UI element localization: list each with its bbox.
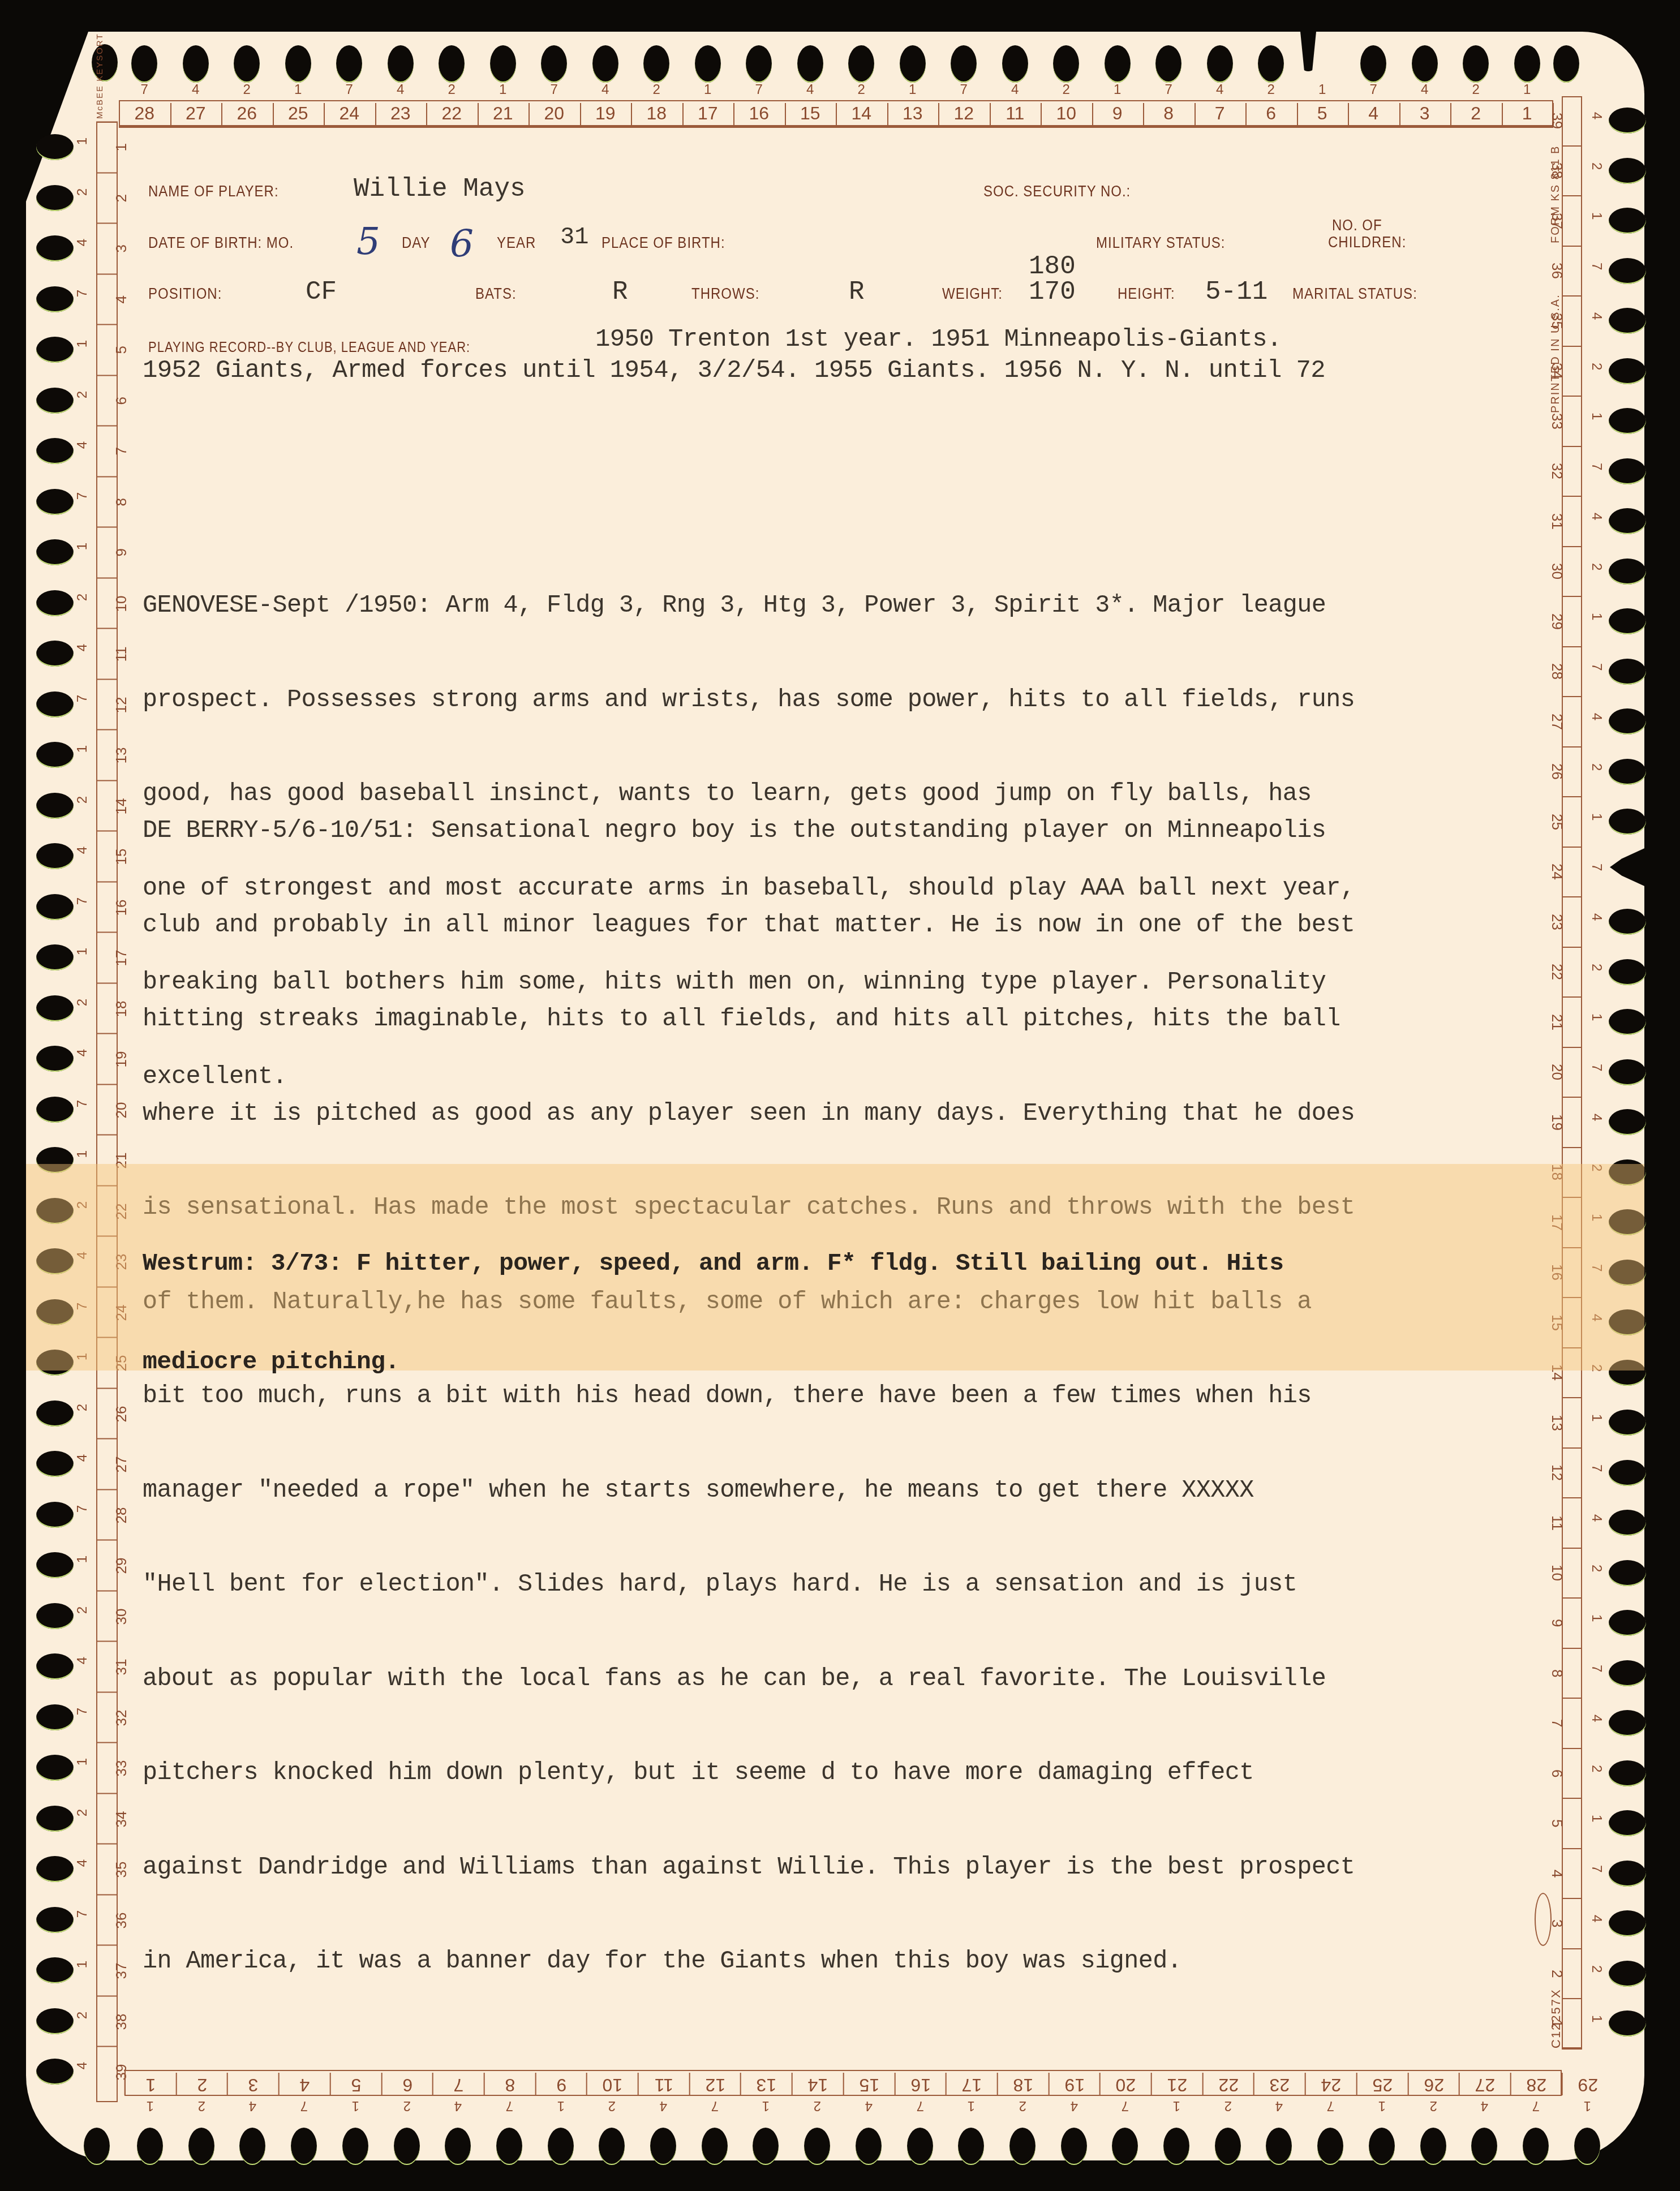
left-digit: 2	[75, 594, 92, 601]
hole-icon	[36, 388, 74, 414]
right-column-number: 25	[1562, 797, 1582, 848]
bottom-digit: 4	[1253, 2098, 1305, 2113]
left-digit: 2	[75, 188, 92, 196]
hole-icon	[36, 590, 74, 616]
top-column-number: 6	[1245, 103, 1298, 126]
bottom-digit: 1	[330, 2098, 381, 2113]
bottom-column-number: 3	[227, 2073, 278, 2095]
right-digit: 4	[1587, 513, 1604, 520]
report-line: against Dandridge and Williams than agai…	[143, 1852, 1355, 1884]
left-digit: 4	[75, 1859, 92, 1867]
left-digit: 7	[75, 1708, 92, 1715]
bottom-column-number: 25	[1356, 2073, 1408, 2095]
report-line: hitting streaks imaginable, hits to all …	[143, 1004, 1355, 1036]
hole-icon	[1412, 45, 1438, 83]
report-line: mediocre pitching.	[143, 1346, 1283, 1378]
left-column-number: 2	[96, 173, 118, 224]
hole-icon	[1609, 1910, 1646, 1936]
hole-icon	[36, 742, 74, 768]
left-digit: 4	[75, 1657, 92, 1664]
right-digit: 1	[1587, 1013, 1604, 1021]
playing-record-line-1: 1950 Trenton 1st year. 1951 Minneapolis-…	[595, 325, 1282, 354]
right-digit: 1	[1587, 813, 1604, 820]
hole-icon	[951, 45, 977, 83]
throws-label: THROWS:	[691, 285, 759, 303]
left-column-number: 20	[96, 1084, 118, 1135]
top-column-number: 4	[1348, 103, 1400, 126]
right-digit: 4	[1587, 312, 1604, 320]
right-digit: 4	[1587, 1915, 1604, 1922]
hole-icon	[1420, 2128, 1446, 2165]
hole-icon	[1609, 1410, 1646, 1436]
right-digit: 4	[1587, 1514, 1604, 1522]
top-digit: 7	[1348, 82, 1399, 98]
hole-icon	[1609, 608, 1646, 634]
hole-icon	[36, 894, 74, 920]
hole-icon	[36, 944, 74, 970]
hole-icon	[1609, 759, 1646, 785]
hole-icon	[1609, 809, 1646, 835]
top-column-number: 16	[733, 103, 786, 126]
hole-icon	[958, 2128, 984, 2165]
hole-icon	[643, 45, 669, 83]
bottom-digit: 7	[689, 2098, 741, 2113]
hole-icon	[1112, 2128, 1138, 2165]
bottom-column-number: 8	[484, 2073, 535, 2095]
top-digit: 7	[324, 82, 375, 98]
hole-icon	[131, 45, 157, 83]
hole-icon	[1609, 358, 1646, 384]
right-column-number: 2	[1562, 1949, 1582, 2000]
hole-icon	[1061, 2128, 1087, 2165]
left-digit: 2	[75, 1809, 92, 1816]
left-column-number: 30	[96, 1591, 118, 1642]
hole-icon	[36, 1097, 74, 1123]
bottom-column-number: 24	[1305, 2073, 1356, 2095]
right-digit: 1	[1587, 1414, 1604, 1421]
left-column-number: 8	[96, 476, 118, 527]
position-label: POSITION:	[148, 285, 222, 303]
top-column-number: 23	[375, 103, 428, 126]
left-column-number: 11	[96, 628, 118, 679]
bottom-column-number: 14	[792, 2073, 843, 2095]
year-label: YEAR	[497, 234, 536, 252]
left-digit: 7	[75, 290, 92, 297]
left-digit: 1	[75, 340, 92, 347]
right-column-number: 38	[1562, 147, 1582, 197]
left-digit: 2	[75, 999, 92, 1006]
top-strip-bottom-rule	[119, 126, 1553, 128]
hole-icon	[1163, 2128, 1189, 2165]
right-column-number: 26	[1562, 747, 1582, 798]
bottom-digit: 2	[176, 2098, 227, 2113]
hole-icon	[36, 235, 74, 261]
hole-icon	[541, 45, 567, 83]
hole-icon	[36, 1755, 74, 1781]
top-column-number: 17	[682, 103, 735, 126]
left-digit: 1	[75, 138, 92, 145]
right-column-number: 32	[1562, 447, 1582, 497]
children-label-1: NO. OF	[1332, 217, 1382, 235]
hole-icon	[1360, 45, 1386, 83]
top-digit: 7	[529, 82, 580, 98]
right-column-number: 21	[1562, 998, 1582, 1048]
maker-badge: McBEE KEYSORT	[95, 33, 105, 119]
hole-icon	[1609, 1861, 1646, 1887]
left-column-number: 15	[96, 831, 118, 882]
hole-icon	[36, 691, 74, 718]
report-line: in America, it was a banner day for the …	[143, 1946, 1355, 1978]
pob-label: PLACE OF BIRTH:	[601, 234, 725, 252]
top-digit: 4	[1399, 82, 1451, 98]
dob-year: 31	[560, 224, 588, 251]
top-column-number: 20	[529, 103, 581, 126]
hole-icon	[36, 337, 74, 363]
top-column-number: 25	[273, 103, 325, 126]
bottom-digit: 1	[946, 2098, 997, 2113]
hole-icon	[36, 489, 74, 515]
right-column-number: 31	[1562, 497, 1582, 547]
right-digit: 4	[1587, 1114, 1604, 1121]
hole-icon	[36, 1856, 74, 1882]
hole-icon	[285, 45, 311, 83]
left-column-number: 34	[96, 1793, 118, 1844]
right-digit: 1	[1587, 613, 1604, 620]
bottom-digit: 4	[843, 2098, 895, 2113]
hole-icon	[695, 45, 721, 83]
left-digit: 7	[75, 1505, 92, 1513]
bottom-column-number: 27	[1459, 2073, 1510, 2095]
left-column-number: 14	[96, 780, 118, 831]
bottom-column-number: 1	[124, 2073, 176, 2095]
bottom-column-number: 13	[740, 2073, 792, 2095]
top-digit: 1	[1297, 82, 1348, 98]
bottom-digit: 4	[1459, 2098, 1510, 2113]
left-column-number: 1	[96, 122, 118, 173]
left-digit: 2	[75, 1606, 92, 1614]
top-digit: 2	[836, 82, 887, 98]
right-column-number: 27	[1562, 697, 1582, 747]
hole-icon	[1553, 45, 1579, 83]
left-column-number: 32	[96, 1692, 118, 1743]
hole-icon	[1053, 45, 1079, 83]
top-digit: 4	[785, 82, 836, 98]
left-digit: 4	[75, 847, 92, 854]
right-digit: 2	[1587, 563, 1604, 570]
bottom-column-number: 20	[1099, 2073, 1151, 2095]
left-column-number: 10	[96, 578, 118, 629]
hole-icon	[1609, 1009, 1646, 1035]
hole-icon	[746, 45, 772, 83]
left-digit: 4	[75, 239, 92, 246]
right-digit: 4	[1587, 1715, 1604, 1722]
right-digit: 2	[1587, 964, 1604, 971]
top-digit: 1	[273, 82, 324, 98]
left-column-number: 31	[96, 1641, 118, 1692]
right-digit: 2	[1587, 1765, 1604, 1772]
left-column-number: 36	[96, 1894, 118, 1945]
hole-icon	[342, 2128, 368, 2165]
hole-icon	[1514, 45, 1540, 83]
left-digit: 1	[75, 543, 92, 550]
height-value: 5-11	[1205, 277, 1267, 307]
bottom-column-number: 5	[330, 2073, 381, 2095]
catalog-code: C12257X	[1549, 1988, 1563, 2048]
right-column-number: 39	[1562, 96, 1582, 147]
top-digit: 7	[1143, 82, 1195, 98]
weight-value: 170	[1029, 277, 1076, 307]
hole-icon	[1609, 108, 1646, 134]
bottom-digit: 2	[381, 2098, 433, 2113]
bottom-digit: 4	[1049, 2098, 1100, 2113]
right-column-number: 10	[1562, 1549, 1582, 1599]
left-column-number: 12	[96, 679, 118, 730]
hole-icon	[394, 2128, 420, 2165]
right-digit: 4	[1587, 913, 1604, 921]
dob-month: 5	[356, 220, 380, 263]
bottom-column-number: 21	[1151, 2073, 1202, 2095]
bottom-column-number: 17	[946, 2073, 997, 2095]
right-column-number: 20	[1562, 1048, 1582, 1098]
left-column-number: 4	[96, 274, 118, 325]
hole-icon	[548, 2128, 574, 2165]
report-westrum: Westrum: 3/73: F hitter, power, speed, a…	[143, 1182, 1283, 1411]
hole-icon	[36, 2008, 74, 2034]
left-digit: 7	[75, 695, 92, 702]
hole-icon	[1609, 208, 1646, 234]
hole-icon	[36, 185, 74, 211]
hole-icon	[490, 45, 516, 83]
left-digit: 2	[75, 391, 92, 398]
hole-icon	[1105, 45, 1131, 83]
player-name: Willie Mays	[354, 174, 526, 204]
hole-icon	[36, 1400, 74, 1427]
hole-icon	[804, 2128, 830, 2165]
bottom-column-number: 9	[535, 2073, 587, 2095]
right-digit: 2	[1587, 363, 1604, 370]
hole-icon	[36, 1806, 74, 1832]
left-column-number: 5	[96, 324, 118, 375]
bottom-digit: 1	[1562, 2098, 1613, 2113]
hole-icon	[1574, 2128, 1600, 2165]
bats-label: BATS:	[475, 285, 517, 303]
hole-icon	[592, 45, 618, 83]
hole-icon	[1609, 909, 1646, 935]
right-column-number: 30	[1562, 547, 1582, 598]
left-digit: 1	[75, 1961, 92, 1968]
top-digit: 7	[119, 82, 170, 98]
right-digit: 2	[1587, 1965, 1604, 1973]
top-column-number: 24	[324, 103, 376, 126]
report-line: about as popular with the local fans as …	[143, 1664, 1355, 1695]
dob-day: 6	[450, 222, 474, 265]
hole-icon	[1609, 1059, 1646, 1085]
top-column-number: 15	[785, 103, 837, 126]
left-column-number: 26	[96, 1388, 118, 1439]
hole-icon	[36, 995, 74, 1021]
name-label: NAME OF PLAYER:	[148, 183, 279, 201]
right-column-number: 7	[1562, 1699, 1582, 1749]
top-digit: 1	[1092, 82, 1144, 98]
top-digit: 1	[887, 82, 939, 98]
report-line: where it is pitched as good as any playe…	[143, 1098, 1355, 1130]
bottom-column-number: 7	[432, 2073, 484, 2095]
top-digit: 4	[990, 82, 1041, 98]
right-column-number: 34	[1562, 347, 1582, 397]
report-line: Westrum: 3/73: F hitter, power, speed, a…	[143, 1247, 1283, 1280]
left-digit: 7	[75, 492, 92, 500]
hole-icon	[36, 539, 74, 565]
top-column-number: 21	[478, 103, 530, 126]
right-digit: 7	[1587, 1865, 1604, 1872]
hole-icon	[1609, 458, 1646, 484]
left-digit: 4	[75, 1454, 92, 1462]
hole-icon	[445, 2128, 471, 2165]
hole-icon	[36, 1502, 74, 1528]
bottom-digit: 2	[997, 2098, 1049, 2113]
hole-icon	[1609, 258, 1646, 284]
hole-icon	[1523, 2128, 1549, 2165]
bottom-digit: 2	[586, 2098, 638, 2113]
hole-icon	[1609, 959, 1646, 985]
left-column-number: 29	[96, 1540, 118, 1591]
hole-icon	[900, 45, 926, 83]
position-value: CF	[306, 277, 337, 307]
hole-icon	[84, 2128, 110, 2165]
hole-icon	[1609, 1109, 1646, 1135]
playing-record-line-2: 1952 Giants, Armed forces until 1954, 3/…	[143, 356, 1325, 385]
right-column-number: 3	[1562, 1899, 1582, 1949]
bottom-digit: 1	[535, 2098, 587, 2113]
top-column-number: 11	[990, 103, 1042, 126]
bottom-column-number: 10	[586, 2073, 638, 2095]
hole-icon	[1609, 1510, 1646, 1536]
hole-icon	[702, 2128, 728, 2165]
hole-icon	[36, 843, 74, 869]
bottom-digit: 2	[1408, 2098, 1459, 2113]
hole-icon	[1609, 1961, 1646, 1987]
hole-icon	[36, 1451, 74, 1477]
right-column-number: 29	[1562, 597, 1582, 647]
right-column-number: 36	[1562, 247, 1582, 297]
bottom-digit: 7	[1510, 2098, 1562, 2113]
hole-icon	[36, 1907, 74, 1933]
bottom-column-number: 6	[381, 2073, 433, 2095]
report-line: manager "needed a rope" when he starts s…	[143, 1475, 1355, 1507]
right-digit: 4	[1587, 713, 1604, 720]
report-line: pitchers knocked him down plenty, but it…	[143, 1758, 1355, 1789]
left-digit: 7	[75, 1910, 92, 1918]
bottom-column-number: 16	[895, 2073, 946, 2095]
right-digit: 2	[1587, 1565, 1604, 1572]
right-digit: 1	[1587, 2015, 1604, 2022]
marital-label: MARITAL STATUS:	[1292, 285, 1417, 303]
top-digit: 2	[1041, 82, 1092, 98]
top-digit: 4	[375, 82, 427, 98]
right-digit: 7	[1587, 863, 1604, 871]
right-column-number: 24	[1562, 848, 1582, 898]
hole-icon	[1609, 408, 1646, 434]
hole-icon	[439, 45, 465, 83]
left-digit: 2	[75, 1404, 92, 1411]
left-column-number: 7	[96, 426, 118, 476]
hole-icon	[1258, 45, 1284, 83]
hole-icon	[1609, 559, 1646, 585]
right-column-number: 8	[1562, 1649, 1582, 1699]
bottom-column-number: 15	[843, 2073, 895, 2095]
right-digit: 7	[1587, 663, 1604, 671]
right-column-number: 23	[1562, 897, 1582, 948]
report-line: GENOVESE-Sept /1950: Arm 4, Fldg 3, Rng …	[143, 590, 1355, 622]
right-digit: 7	[1587, 1064, 1604, 1071]
hole-icon	[1009, 2128, 1036, 2165]
left-digit: 1	[75, 1556, 92, 1563]
left-column-number: 3	[96, 223, 118, 274]
hole-icon	[36, 1552, 74, 1578]
hole-icon	[36, 2059, 74, 2085]
left-column-number: 39	[96, 2046, 118, 2097]
bottom-column-number: 18	[997, 2073, 1049, 2095]
left-column-number: 17	[96, 932, 118, 983]
hole-icon	[188, 2128, 214, 2165]
hole-icon	[907, 2128, 933, 2165]
hole-icon	[1369, 2128, 1395, 2165]
left-column-number: 6	[96, 375, 118, 426]
top-column-number: 28	[119, 103, 171, 126]
right-column-number: 6	[1562, 1749, 1582, 1799]
right-digit: 2	[1587, 162, 1604, 170]
right-digit: 7	[1587, 1665, 1604, 1672]
top-column-number: 14	[836, 103, 888, 126]
top-column-number: 26	[221, 103, 274, 126]
hole-icon	[650, 2128, 676, 2165]
left-column-number: 18	[96, 983, 118, 1034]
hole-icon	[388, 45, 414, 83]
top-column-number: 3	[1399, 103, 1452, 126]
left-digit: 7	[75, 897, 92, 905]
children-label-2: CHILDREN:	[1328, 234, 1406, 252]
bottom-column-number: 26	[1408, 2073, 1459, 2095]
bottom-digit: 7	[895, 2098, 946, 2113]
weight-label: WEIGHT:	[942, 285, 1003, 303]
left-column-number: 33	[96, 1742, 118, 1793]
left-digit: 4	[75, 1049, 92, 1056]
report-line: DE BERRY-5/6-10/51: Sensational negro bo…	[143, 815, 1355, 847]
hole-icon	[1609, 1710, 1646, 1736]
bottom-column-number: 19	[1049, 2073, 1100, 2095]
hole-icon	[1317, 2128, 1343, 2165]
bottom-digit: 7	[278, 2098, 330, 2113]
right-column-number: 37	[1562, 196, 1582, 247]
hole-icon	[797, 45, 823, 83]
bottom-digit: 4	[638, 2098, 689, 2113]
hole-icon	[36, 1704, 74, 1730]
right-column-number: 19	[1562, 1098, 1582, 1148]
top-column-number: 8	[1143, 103, 1196, 126]
left-column-number: 37	[96, 1945, 118, 1996]
left-column-number: 16	[96, 882, 118, 933]
left-digit: 1	[75, 1150, 92, 1158]
bottom-digit: 4	[432, 2098, 484, 2113]
hole-icon	[36, 1957, 74, 1983]
right-column-number: 33	[1562, 397, 1582, 447]
top-digit: 2	[1450, 82, 1502, 98]
top-digit: 1	[682, 82, 734, 98]
hole-icon	[848, 45, 874, 83]
top-digit: 4	[1195, 82, 1246, 98]
top-digit: 2	[1245, 82, 1297, 98]
hole-icon	[36, 641, 74, 667]
